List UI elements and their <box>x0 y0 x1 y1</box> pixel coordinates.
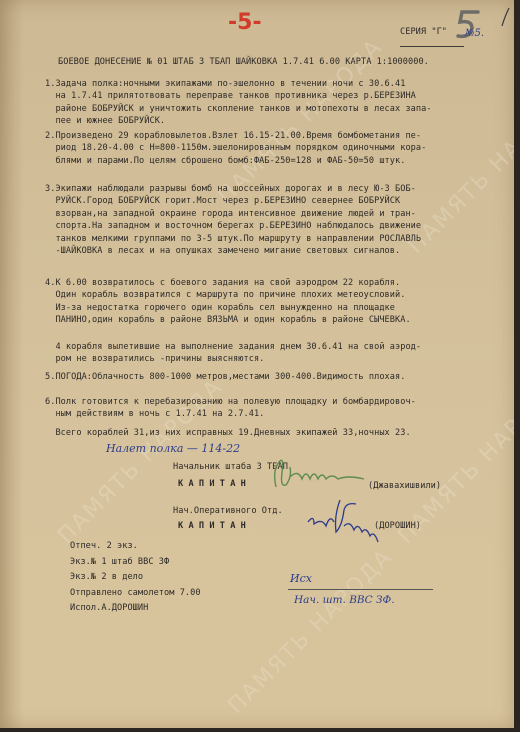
report-line: блями и парами.По целям сброшено бомб:ФА… <box>45 155 405 167</box>
signature-2-blue <box>300 496 390 552</box>
report-line: Один корабль возвратился с маршрута по п… <box>45 289 405 301</box>
handwritten-outgoing: Исх <box>290 572 312 585</box>
report-line: на 1.7.41 прилятотвовать переправе танко… <box>45 90 416 102</box>
series-number: №5. <box>465 28 484 39</box>
page-number-marker: -5- <box>228 10 262 35</box>
report-line: 1.Задача полка:ночными экипажами по-эшел… <box>45 78 405 90</box>
report-line: ПАНИНО,один корабль в районе ВЯЗЬМА и од… <box>45 314 411 326</box>
report-line: ным действиям в ночь с 1.7.41 на 2.7.41. <box>45 408 264 420</box>
distribution-line: Отправлено самолетом 7.00 <box>70 587 201 599</box>
report-line: 3.Экипажи наблюдали разрывы бомб на шосс… <box>45 183 416 195</box>
report-line: Из-за недостатка горючего один корабль с… <box>45 302 395 314</box>
series-label: СЕРИЯ "Г" <box>400 26 447 38</box>
document-page: ПАМЯТЬ НАРОДА ПАМЯТЬ НАРОДА ПАМЯТЬ НАРОД… <box>0 0 514 728</box>
signature-2-position: Нач.Оперативного Отд. <box>173 505 283 517</box>
handwritten-receipt-signature: Нач. шт. ВВС ЗФ. <box>294 594 395 606</box>
report-line: взорван,на западной окраине города интен… <box>45 208 416 220</box>
receipt-underline <box>288 589 433 590</box>
report-line: Всего кораблей 31,из них исправных 19.Дн… <box>45 427 411 439</box>
distribution-line: Отпеч. 2 экз. <box>70 540 138 552</box>
report-line: 6.Полк готовится к перебазированию на по… <box>45 396 416 408</box>
document-title: БОЕВОЕ ДОНЕСЕНИЕ № 01 ШТАБ 3 ТБАП ШАЙКОВ… <box>58 56 429 68</box>
report-line: 4.К 6.00 возвратилось с боевого задания … <box>45 277 400 289</box>
distribution-line: Экз.№ 2 в дело <box>70 571 143 583</box>
signature-1-name: (Джавахишвили) <box>368 480 441 492</box>
signature-1-green <box>268 455 368 495</box>
signature-1-rank: К А П И Т А Н <box>178 478 246 490</box>
report-line: районе БОБРУЙСК и уничтожить скопление т… <box>45 103 432 115</box>
report-line: -ШАЙКОВКА в лесах и на опушках замечено … <box>45 245 400 257</box>
handwritten-sortie-note: Налет полка — 114-22 <box>106 442 240 455</box>
report-line: риод 18.20-4.00 с Н=800-1150м.эшелониров… <box>45 142 426 154</box>
series-underline <box>400 46 464 47</box>
report-line: 2.Произведено 29 корабловылетов.Взлет 16… <box>45 130 421 142</box>
distribution-line: Экз.№ 1 штаб ВВС ЗФ <box>70 556 169 568</box>
signature-2-rank: К А П И Т А Н <box>178 520 246 532</box>
report-line: РУЙСК.Город БОБРУЙСК горит.Мост через р.… <box>45 195 400 207</box>
report-line: пее и южнее БОБРУЙСК. <box>45 115 165 127</box>
check-mark-icon <box>498 6 512 28</box>
report-line: спорта.На западном и восточном берегах р… <box>45 220 421 232</box>
report-line: 4 корабля вылетившие на выполнение задан… <box>45 341 421 353</box>
distribution-line: Испол.А.ДОРОШИН <box>70 602 148 614</box>
report-line: ром не возвратились -причины выясняются. <box>45 353 264 365</box>
report-line: танков мелкими группами по 3-5 штук.По м… <box>45 233 421 245</box>
report-line: 5.ПОГОДА:Облачность 800-1000 метров,мест… <box>45 371 405 383</box>
